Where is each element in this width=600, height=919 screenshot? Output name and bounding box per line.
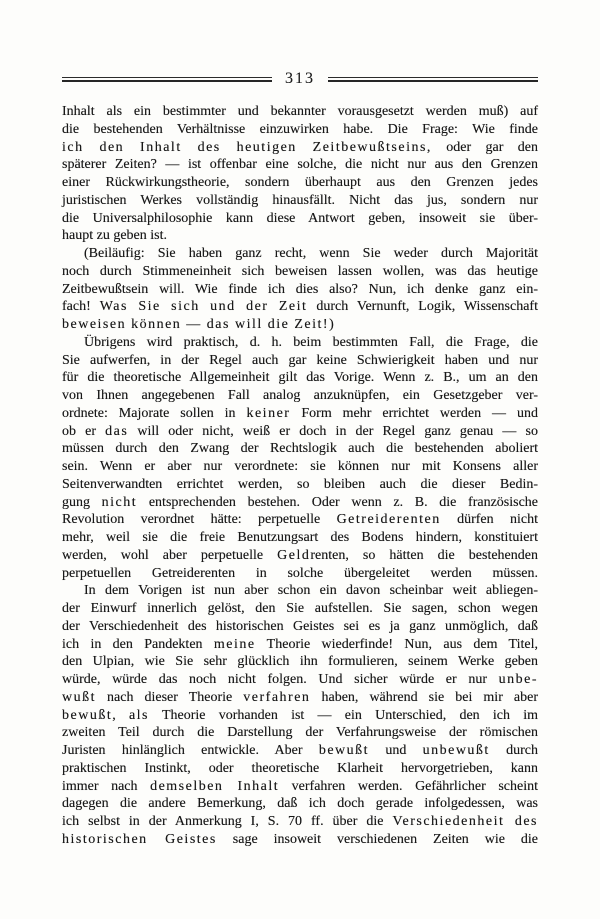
text-segment: Theorie vorhanden ist — ein Unterschied,… (149, 708, 538, 723)
text-line: haupt zu geben ist. (62, 227, 538, 245)
text-segment: nicht (102, 495, 138, 510)
text-segment: die Universalphilosophie kann diese Antw… (62, 211, 538, 226)
text-segment: der Verschiedenheit des historischen Gei… (62, 619, 538, 634)
text-segment: dagegen die andere Bemerkung, daß ich do… (62, 796, 538, 811)
text-segment: ordnete: Majorate sollen in (62, 406, 246, 421)
text-line: der Verschiedenheit des historischen Gei… (62, 618, 538, 636)
text-line: wußt nach dieser Theorie verfahren haben… (62, 689, 538, 707)
text-segment: als (129, 708, 149, 723)
text-line: Revolution verordnet hätte: perpetuelle … (62, 511, 538, 529)
text-segment: sage insoweit verschiedenen Zeiten wie d… (217, 832, 538, 847)
text-line: der Einwurf innerlich gelöst, den Sie au… (62, 600, 538, 618)
text-line: ob er das will oder nicht, weiß er doch … (62, 423, 538, 441)
text-line: Inhalt als ein bestimmter und bekannter … (62, 103, 538, 121)
text-line: ich den Inhalt des heutigen Zeitbewußtse… (62, 139, 538, 157)
text-segment: ob er (62, 424, 105, 439)
text-line: für die theoretische Allgemeinheit gilt … (62, 369, 538, 387)
text-segment: das (105, 424, 128, 439)
text-segment: unbewußt (423, 743, 490, 758)
text-segment: demselben Inhalt (150, 779, 279, 794)
text-segment: dürfen nicht (441, 512, 538, 527)
text-segment: haupt zu geben ist. (62, 228, 167, 243)
text-segment: wußt (62, 690, 96, 705)
text-line: immer nach demselben Inhalt verfahren we… (62, 778, 538, 796)
text-segment: durch (490, 743, 538, 758)
text-segment: , (112, 708, 129, 723)
text-line: Juristen hinlänglich entwickle. Aber bew… (62, 742, 538, 760)
text-segment: Seitenverwandten errichtet werden, so bl… (62, 477, 538, 492)
text-segment: der Einwurf innerlich gelöst, den Sie au… (62, 601, 538, 616)
text-segment: historischen Geistes (62, 832, 217, 847)
text-line: beweisen können — das will die Zeit!) (62, 316, 538, 334)
text-line: Seitenverwandten errichtet werden, so bl… (62, 476, 538, 494)
text-line: fach! Was Sie sich und der Zeit durch Ve… (62, 298, 538, 316)
text-line: juristischen Werkes vollständig hinausfä… (62, 192, 538, 210)
text-line: mehr, weil sie die freie Benutzungsart d… (62, 529, 538, 547)
text-line: In dem Vorigen ist nun aber schon ein da… (62, 582, 538, 600)
text-line: perpetuellen Getreiderenten in solche üb… (62, 565, 538, 583)
text-line: (Beiläufig: Sie haben ganz recht, wenn S… (62, 245, 538, 263)
text-segment: bewußt (62, 708, 112, 723)
text-segment: Inhalt als ein bestimmter und bekannter … (62, 104, 538, 119)
text-segment: sein. Wenn er aber nur verordnete: sie k… (62, 459, 538, 474)
text-segment: Zeitbewußtsein will. Wie finde ich dies … (62, 282, 538, 297)
text-line: ich in den Pandekten meine Theorie wiede… (62, 636, 538, 654)
text-segment: In dem Vorigen ist nun aber schon ein da… (84, 583, 538, 598)
text-line: einer Rückwirkungstheorie, sondern überh… (62, 174, 538, 192)
text-line: den Ulpian, wie Sie sehr glücklich ihn f… (62, 653, 538, 671)
page-number: 313 (281, 71, 319, 87)
text-segment: (Beiläufig: Sie haben ganz recht, wenn S… (84, 246, 538, 261)
page-header: 313 (62, 70, 538, 88)
book-page: 313 Inhalt als ein bestimmter und bekann… (0, 0, 600, 919)
text-segment: praktischen Instinkt, oder theoretische … (62, 761, 538, 776)
text-segment: beweisen können — das will die Zeit! (62, 317, 329, 332)
text-segment: perpetuellen Getreiderenten in solche üb… (62, 566, 538, 581)
text-segment: will oder nicht, weiß er doch in der Reg… (128, 424, 538, 439)
text-segment: bewußt (319, 743, 369, 758)
header-rule-left (62, 77, 272, 82)
text-segment: haben, während sie bei mir aber (310, 690, 538, 705)
text-segment: Revolution verordnet hätte: perpetuelle (62, 512, 337, 527)
text-line: sein. Wenn er aber nur verordnete: sie k… (62, 458, 538, 476)
text-segment: den Ulpian, wie Sie sehr glücklich ihn f… (62, 654, 538, 669)
text-segment: renten, so hätten die bestehenden (310, 548, 538, 563)
text-line: die Universalphilosophie kann diese Antw… (62, 210, 538, 228)
text-segment: meine (214, 637, 256, 652)
text-segment: immer nach (62, 779, 150, 794)
text-segment: ich in den Pandekten (62, 637, 214, 652)
text-segment: Juristen hinlänglich entwickle. Aber (62, 743, 319, 758)
text-line: würde, würde das noch nicht folgen. Und … (62, 671, 538, 689)
text-segment: von Ihnen angegebenen Fall analog anzukn… (62, 388, 538, 403)
text-line: gung nicht entsprechenden bestehen. Oder… (62, 494, 538, 512)
text-line: historischen Geistes sage insoweit versc… (62, 831, 538, 849)
text-line: noch durch Stimmeneinheit sich beweisen … (62, 263, 538, 281)
text-segment: noch durch Stimmeneinheit sich beweisen … (62, 264, 538, 279)
text-segment: die bestehenden Verhältnisse einzuwirken… (62, 122, 538, 137)
text-segment: späterer Zeiten? — ist offenbar eine sol… (62, 157, 538, 172)
text-line: praktischen Instinkt, oder theoretische … (62, 760, 538, 778)
text-line: Zeitbewußtsein will. Wie finde ich dies … (62, 281, 538, 299)
text-line: Sie aufwerfen, in der Regel auch gar kei… (62, 352, 538, 370)
text-line: von Ihnen angegebenen Fall analog anzukn… (62, 387, 538, 405)
text-line: müssen durch den Zwang der Rechtslogik a… (62, 440, 538, 458)
text-segment: für die theoretische Allgemeinheit gilt … (62, 370, 538, 385)
text-segment: müssen durch den Zwang der Rechtslogik a… (62, 441, 538, 456)
text-segment: ich den Inhalt des heutigen Zeitbewußtse… (62, 140, 432, 155)
text-segment: durch Vernunft, Logik, Wissenschaft (307, 299, 538, 314)
text-segment: mehr, weil sie die freie Benutzungsart d… (62, 530, 538, 545)
text-segment: einer Rückwirkungstheorie, sondern überh… (62, 175, 538, 190)
text-segment: entsprechenden bestehen. Oder wenn z. B.… (137, 495, 538, 510)
text-line: bewußt, als Theorie vorhanden ist — ein … (62, 707, 538, 725)
text-segment: Geld (277, 548, 310, 563)
text-segment: ich selbst in der Anmerkung I, S. 70 ff.… (62, 814, 392, 829)
text-segment: Übrigens wird praktisch, d. h. beim best… (84, 335, 538, 350)
text-line: ich selbst in der Anmerkung I, S. 70 ff.… (62, 813, 538, 831)
text-segment: oder gar den (432, 140, 538, 155)
text-segment: ) (329, 317, 334, 332)
text-line: werden, wohl aber perpetuelle Geldrenten… (62, 547, 538, 565)
text-segment: nach dieser Theorie (96, 690, 243, 705)
text-segment: Sie aufwerfen, in der Regel auch gar kei… (62, 353, 538, 368)
text-line: zweiten Teil durch die Darstellung der V… (62, 724, 538, 742)
text-line: dagegen die andere Bemerkung, daß ich do… (62, 795, 538, 813)
text-segment: Getreiderenten (337, 512, 441, 527)
text-segment: und (369, 743, 423, 758)
text-segment: fach! (62, 299, 100, 314)
text-line: ordnete: Majorate sollen in keiner Form … (62, 405, 538, 423)
text-segment: juristischen Werkes vollständig hinausfä… (62, 193, 538, 208)
text-segment: Form mehr errichtet werden — und (290, 406, 538, 421)
text-line: späterer Zeiten? — ist offenbar eine sol… (62, 156, 538, 174)
header-rule-right (328, 77, 538, 82)
text-segment: werden, wohl aber perpetuelle (62, 548, 277, 563)
text-segment: verfahren werden. Gefährlicher scheint (279, 779, 538, 794)
text-segment: Verschiedenheit des (392, 814, 538, 829)
text-segment: gung (62, 495, 102, 510)
text-line: Übrigens wird praktisch, d. h. beim best… (62, 334, 538, 352)
text-line: die bestehenden Verhältnisse einzuwirken… (62, 121, 538, 139)
text-segment: zweiten Teil durch die Darstellung der V… (62, 725, 538, 740)
text-segment: keiner (246, 406, 290, 421)
text-segment: Theorie wiederfinde! Nun, aus dem Titel, (256, 637, 538, 652)
text-segment: Was Sie sich und der Zeit (100, 299, 308, 314)
text-segment: verfahren (243, 690, 310, 705)
text-segment: würde, würde das noch nicht folgen. Und … (62, 672, 499, 687)
page-text: Inhalt als ein bestimmter und bekannter … (62, 103, 538, 849)
text-segment: unbe- (499, 672, 538, 687)
